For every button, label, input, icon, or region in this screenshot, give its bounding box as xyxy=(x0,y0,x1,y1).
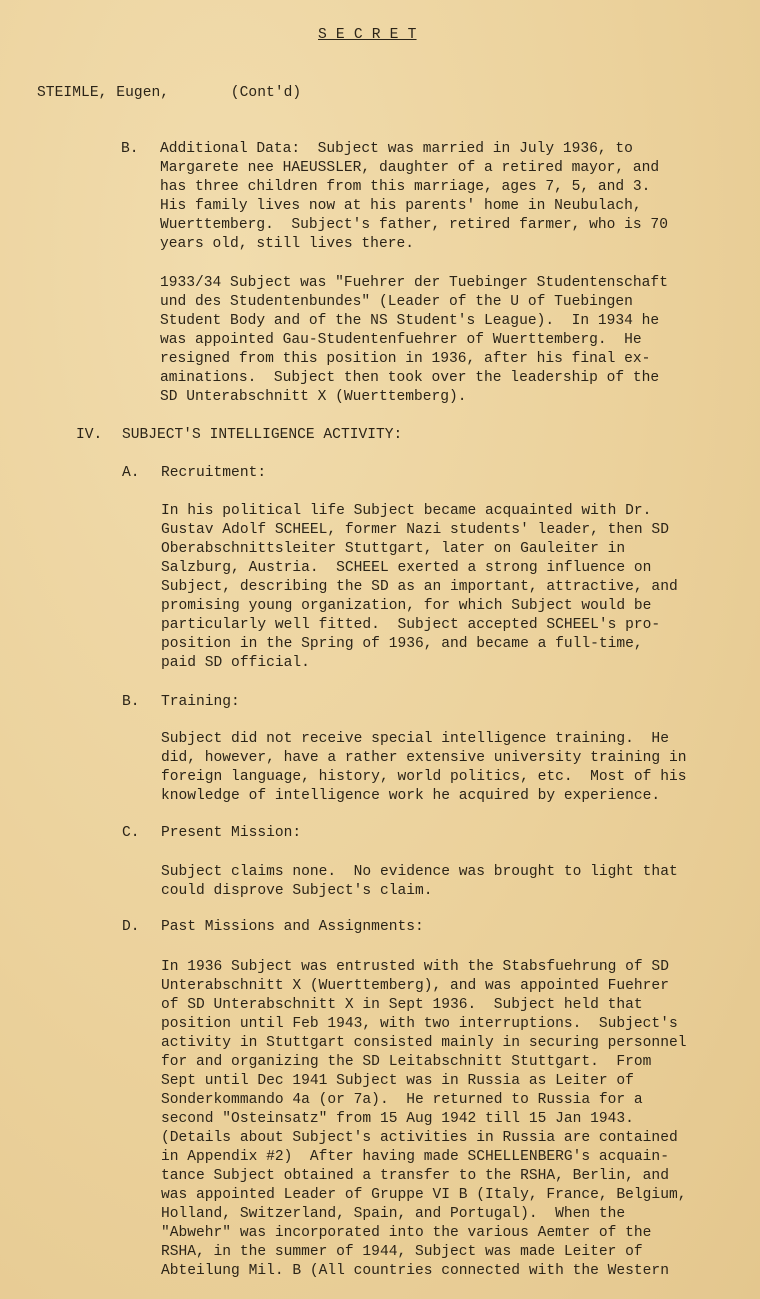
text-line: of SD Unterabschnitt X in Sept 1936. Sub… xyxy=(161,996,686,1015)
section-b-marker: B. xyxy=(121,140,139,159)
subsection-c-title: Present Mission: xyxy=(161,824,301,843)
document-page: S E C R E T STEIMLE, Eugen, (Cont'd) B. … xyxy=(0,0,760,1299)
text-line: Sept until Dec 1941 Subject was in Russi… xyxy=(161,1072,686,1091)
text-line: resigned from this position in 1936, aft… xyxy=(160,350,668,369)
text-line: RSHA, in the summer of 1944, Subject was… xyxy=(161,1243,686,1262)
text-line: Subject, describing the SD as an importa… xyxy=(161,578,678,597)
text-line: Salzburg, Austria. SCHEEL exerted a stro… xyxy=(161,559,678,578)
section-iv-title: SUBJECT'S INTELLIGENCE ACTIVITY: xyxy=(122,426,402,445)
text-line: second "Osteinsatz" from 15 Aug 1942 til… xyxy=(161,1110,686,1129)
text-line: Additional Data: Subject was married in … xyxy=(160,140,668,159)
text-line: did, however, have a rather extensive un… xyxy=(161,749,686,768)
text-line: knowledge of intelligence work he acquir… xyxy=(161,787,686,806)
subsection-a-marker: A. xyxy=(122,464,140,483)
text-line: Holland, Switzerland, Spain, and Portuga… xyxy=(161,1205,686,1224)
text-line: was appointed Leader of Gruppe VI B (Ita… xyxy=(161,1186,686,1205)
student-leader-paragraph: 1933/34 Subject was "Fuehrer der Tuebing… xyxy=(160,274,668,407)
recruitment-paragraph: In his political life Subject became acq… xyxy=(161,502,678,673)
text-line: position until Feb 1943, with two interr… xyxy=(161,1015,686,1034)
subsection-d-marker: D. xyxy=(122,918,140,937)
text-line: position in the Spring of 1936, and beca… xyxy=(161,635,678,654)
text-line: Margarete nee HAEUSSLER, daughter of a r… xyxy=(160,159,668,178)
text-line: Wuerttemberg. Subject's father, retired … xyxy=(160,216,668,235)
text-line: Subject did not receive special intellig… xyxy=(161,730,686,749)
text-line: SD Unterabschnitt X (Wuerttemberg). xyxy=(160,388,668,407)
text-line: aminations. Subject then took over the l… xyxy=(160,369,668,388)
subject-name: STEIMLE, Eugen, xyxy=(37,85,169,101)
text-line: promising young organization, for which … xyxy=(161,597,678,616)
subsection-a-title: Recruitment: xyxy=(161,464,266,483)
subject-header: STEIMLE, Eugen, (Cont'd) xyxy=(37,84,301,103)
continuation-label: (Cont'd) xyxy=(231,85,301,101)
subsection-b-marker: B. xyxy=(122,693,140,712)
text-line: His family lives now at his parents' hom… xyxy=(160,197,668,216)
text-line: In 1936 Subject was entrusted with the S… xyxy=(161,958,686,977)
text-line: Unterabschnitt X (Wuerttemberg), and was… xyxy=(161,977,686,996)
text-line: Subject claims none. No evidence was bro… xyxy=(161,863,678,882)
text-line: could disprove Subject's claim. xyxy=(161,882,678,901)
subsection-d-title: Past Missions and Assignments: xyxy=(161,918,424,937)
subsection-b-title: Training: xyxy=(161,693,240,712)
text-line: tance Subject obtained a transfer to the… xyxy=(161,1167,686,1186)
text-line: in Appendix #2) After having made SCHELL… xyxy=(161,1148,686,1167)
text-line: und des Studentenbundes" (Leader of the … xyxy=(160,293,668,312)
text-line: particularly well fitted. Subject accept… xyxy=(161,616,678,635)
classification-stamp: S E C R E T xyxy=(318,26,417,45)
past-missions-paragraph: In 1936 Subject was entrusted with the S… xyxy=(161,958,686,1281)
present-mission-paragraph: Subject claims none. No evidence was bro… xyxy=(161,863,678,901)
text-line: Oberabschnittsleiter Stuttgart, later on… xyxy=(161,540,678,559)
text-line: paid SD official. xyxy=(161,654,678,673)
training-paragraph: Subject did not receive special intellig… xyxy=(161,730,686,806)
additional-data-paragraph: Additional Data: Subject was married in … xyxy=(160,140,668,254)
text-line: Student Body and of the NS Student's Lea… xyxy=(160,312,668,331)
text-line: 1933/34 Subject was "Fuehrer der Tuebing… xyxy=(160,274,668,293)
text-line: has three children from this marriage, a… xyxy=(160,178,668,197)
text-line: years old, still lives there. xyxy=(160,235,668,254)
subsection-c-marker: C. xyxy=(122,824,140,843)
text-line: was appointed Gau-Studentenfuehrer of Wu… xyxy=(160,331,668,350)
text-line: Sonderkommando 4a (or 7a). He returned t… xyxy=(161,1091,686,1110)
text-line: Abteilung Mil. B (All countries connecte… xyxy=(161,1262,686,1281)
text-line: Gustav Adolf SCHEEL, former Nazi student… xyxy=(161,521,678,540)
text-line: (Details about Subject's activities in R… xyxy=(161,1129,686,1148)
text-line: "Abwehr" was incorporated into the vario… xyxy=(161,1224,686,1243)
text-line: activity in Stuttgart consisted mainly i… xyxy=(161,1034,686,1053)
text-line: foreign language, history, world politic… xyxy=(161,768,686,787)
text-line: In his political life Subject became acq… xyxy=(161,502,678,521)
section-iv-marker: IV. xyxy=(76,426,102,445)
text-line: for and organizing the SD Leitabschnitt … xyxy=(161,1053,686,1072)
